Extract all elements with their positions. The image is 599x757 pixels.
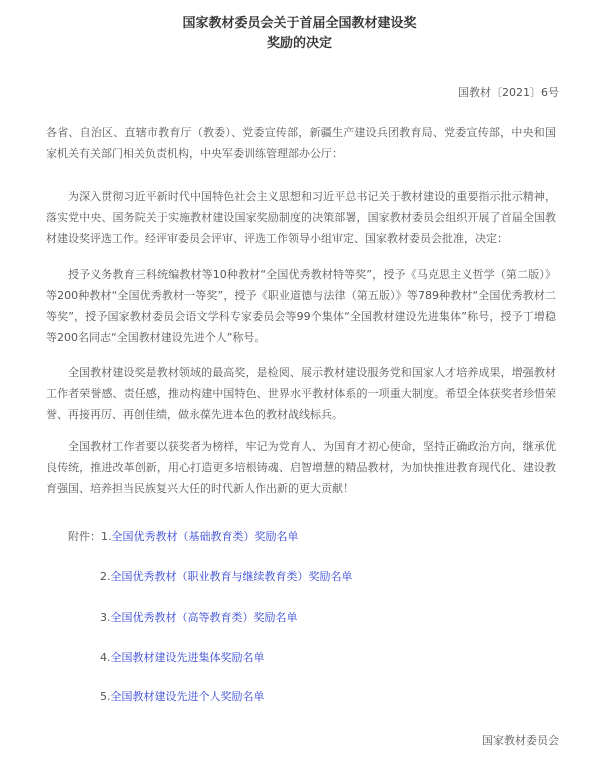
attachment-item-1: 附件：1.全国优秀教材（基础教育类）奖励名单 <box>68 530 299 544</box>
attachment-number: 3. <box>100 611 111 624</box>
paragraph-1: 为深入贯彻习近平新时代中国特色社会主义思想和习近平总书记关于教材建设的重要指示批… <box>46 186 556 249</box>
title-line-1: 国家教材委员会关于首届全国教材建设奖 <box>0 14 599 34</box>
attachment-link-3[interactable]: 全国优秀教材（高等教育类）奖励名单 <box>111 611 298 624</box>
attachment-item-4: 4.全国教材建设先进集体奖励名单 <box>100 651 265 665</box>
attachment-item-2: 2.全国优秀教材（职业教育与继续教育类）奖励名单 <box>100 570 353 584</box>
attachment-link-2[interactable]: 全国优秀教材（职业教育与继续教育类）奖励名单 <box>111 570 353 583</box>
attachment-item-5: 5.全国教材建设先进个人奖励名单 <box>100 690 265 704</box>
signature: 国家教材委员会 <box>482 732 559 748</box>
attachment-link-1[interactable]: 全国优秀教材（基础教育类）奖励名单 <box>112 530 299 543</box>
attachment-number: 5. <box>100 690 111 703</box>
paragraph-4: 全国教材工作者要以获奖者为榜样，牢记为党育人、为国育才初心使命，坚持正确政治方向… <box>46 436 556 499</box>
attachment-link-4[interactable]: 全国教材建设先进集体奖励名单 <box>111 651 265 664</box>
paragraph-2: 授予义务教育三科统编教材等10种教材“全国优秀教材特等奖”，授予《马克思主义哲学… <box>46 264 556 348</box>
attachment-item-3: 3.全国优秀教材（高等教育类）奖励名单 <box>100 611 298 625</box>
attachment-number: 4. <box>100 651 111 664</box>
attachment-number: 1. <box>101 530 112 543</box>
document-number: 国教材〔2021〕6号 <box>458 84 559 100</box>
attachment-number: 2. <box>100 570 111 583</box>
attachments-label: 附件： <box>68 530 101 543</box>
paragraph-3: 全国教材建设奖是教材领域的最高奖，是检阅、展示教材建设服务党和国家人才培养成果，… <box>46 362 556 425</box>
document-title: 国家教材委员会关于首届全国教材建设奖 奖励的决定 <box>0 14 599 54</box>
attachment-link-5[interactable]: 全国教材建设先进个人奖励名单 <box>111 690 265 703</box>
title-line-2: 奖励的决定 <box>0 34 599 54</box>
addressees: 各省、自治区、直辖市教育厅（教委）、党委宣传部，新疆生产建设兵团教育局、党委宣传… <box>46 122 556 164</box>
